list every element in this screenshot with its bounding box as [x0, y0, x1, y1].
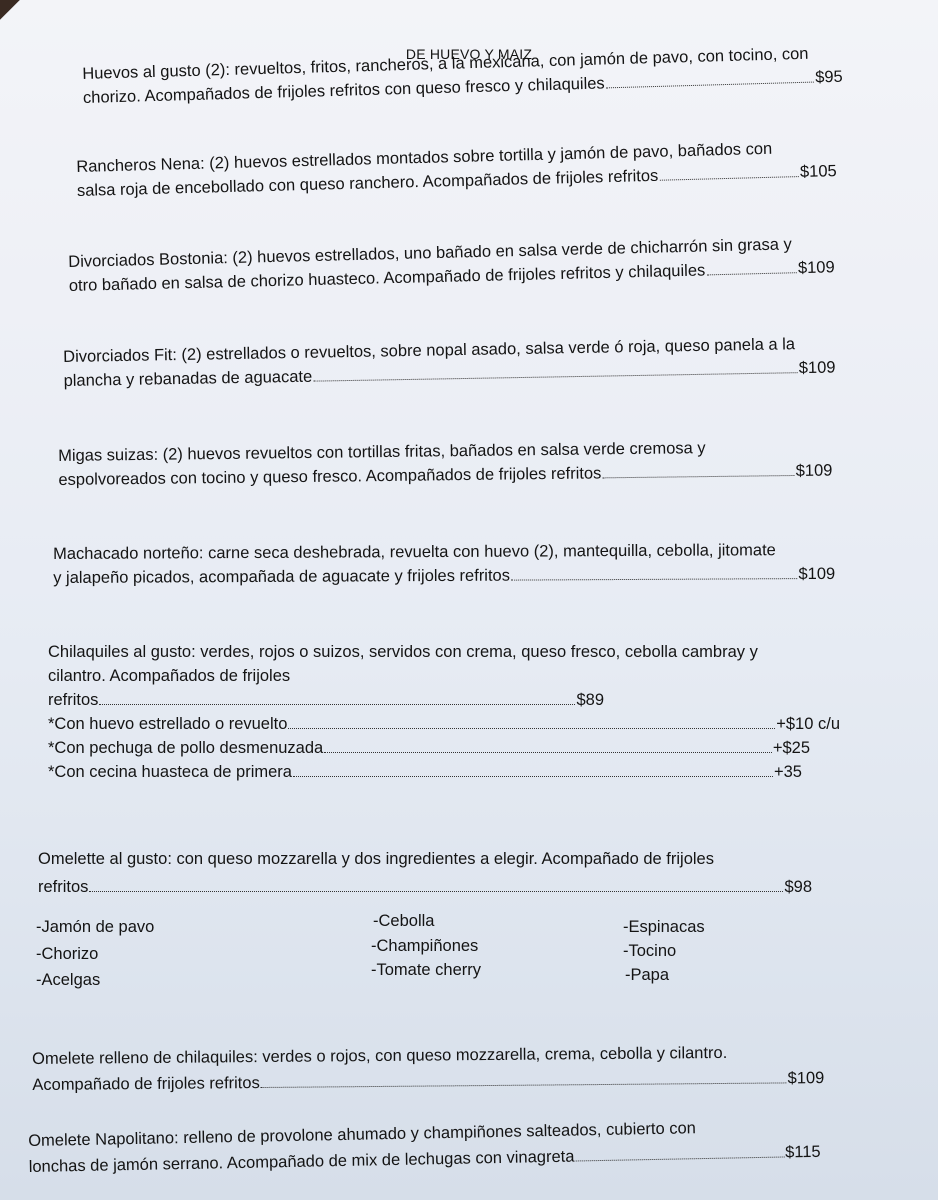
- photo-corner-shadow: [0, 0, 20, 20]
- ingredient: -Cebolla: [373, 912, 434, 931]
- menu-item-divorciados-fit: Divorciados Fit: (2) estrellados o revue…: [63, 332, 836, 393]
- menu-item-machacado-norteno: Machacado norteño: carne seca deshebrada…: [53, 538, 835, 590]
- extra-price: +$10 c/u: [776, 712, 840, 736]
- dot-leader: [261, 1082, 787, 1088]
- dot-leader: [99, 704, 575, 705]
- item-description: Machacado norteño: carne seca deshebrada…: [53, 538, 776, 566]
- item-description: Acompañado de frijoles refritos: [32, 1070, 260, 1098]
- extra-label: *Con huevo estrellado o revuelto: [48, 712, 287, 736]
- item-description: y jalapeño picados, acompañada de aguaca…: [53, 564, 510, 590]
- menu-item-omelete-napolitano: Omelete Napolitano: relleno de provolone…: [28, 1113, 821, 1180]
- menu-item-migas-suizas: Migas suizas: (2) huevos revueltos con t…: [58, 435, 833, 492]
- ingredient: -Tocino: [623, 942, 676, 961]
- item-price: $109: [799, 356, 836, 381]
- menu-item-omelette-al-gusto: Omelette al gusto: con queso mozzarella …: [38, 845, 812, 901]
- item-price: $109: [796, 459, 833, 483]
- ingredient: -Champiñones: [371, 937, 478, 956]
- item-description: cilantro. Acompañados de frijoles: [48, 664, 290, 688]
- item-price: $115: [785, 1139, 821, 1166]
- dot-leader: [602, 475, 794, 478]
- dot-leader: [293, 776, 773, 777]
- menu-item-divorciados-bostonia: Divorciados Bostonia: (2) huevos estrell…: [68, 231, 835, 298]
- dot-leader: [575, 1156, 784, 1161]
- dot-leader: [324, 752, 772, 753]
- item-price: $105: [800, 159, 837, 184]
- item-description: refritos: [48, 688, 98, 712]
- menu-item-omelete-relleno-chilaquiles: Omelete relleno de chilaquiles: verdes o…: [32, 1039, 824, 1098]
- item-price: $95: [815, 65, 843, 90]
- item-description: refritos: [38, 873, 88, 901]
- ingredient: -Chorizo: [36, 945, 98, 964]
- dot-leader: [288, 728, 775, 729]
- dot-leader: [659, 176, 799, 181]
- item-description: plancha y rebanadas de aguacate: [63, 365, 312, 393]
- ingredient: -Espinacas: [623, 918, 705, 937]
- dot-leader: [511, 578, 798, 581]
- extra-price: +35: [774, 760, 802, 784]
- dot-leader: [89, 891, 783, 892]
- dot-leader: [313, 372, 798, 381]
- menu-item-chilaquiles-al-gusto: Chilaquiles al gusto: verdes, rojos o su…: [48, 640, 848, 784]
- item-price: $109: [787, 1065, 824, 1091]
- extra-label: *Con pechuga de pollo desmenuzada: [48, 736, 323, 760]
- item-price: $98: [784, 873, 812, 901]
- extra-price: +$25: [773, 736, 810, 760]
- item-price: $89: [576, 688, 604, 712]
- extra-label: *Con cecina huasteca de primera: [48, 760, 292, 784]
- ingredient: -Papa: [625, 966, 669, 985]
- item-price: $109: [798, 562, 835, 586]
- ingredient: -Tomate cherry: [371, 961, 481, 980]
- item-description: Chilaquiles al gusto: verdes, rojos o su…: [48, 640, 758, 664]
- ingredient: -Acelgas: [36, 971, 100, 990]
- item-price: $109: [798, 255, 835, 280]
- dot-leader: [706, 272, 797, 275]
- menu-item-rancheros-nena: Rancheros Nena: (2) huevos estrellados m…: [76, 135, 837, 203]
- dot-leader: [606, 82, 815, 89]
- item-description: Omelette al gusto: con queso mozzarella …: [38, 845, 714, 873]
- ingredient: -Jamón de pavo: [36, 918, 154, 937]
